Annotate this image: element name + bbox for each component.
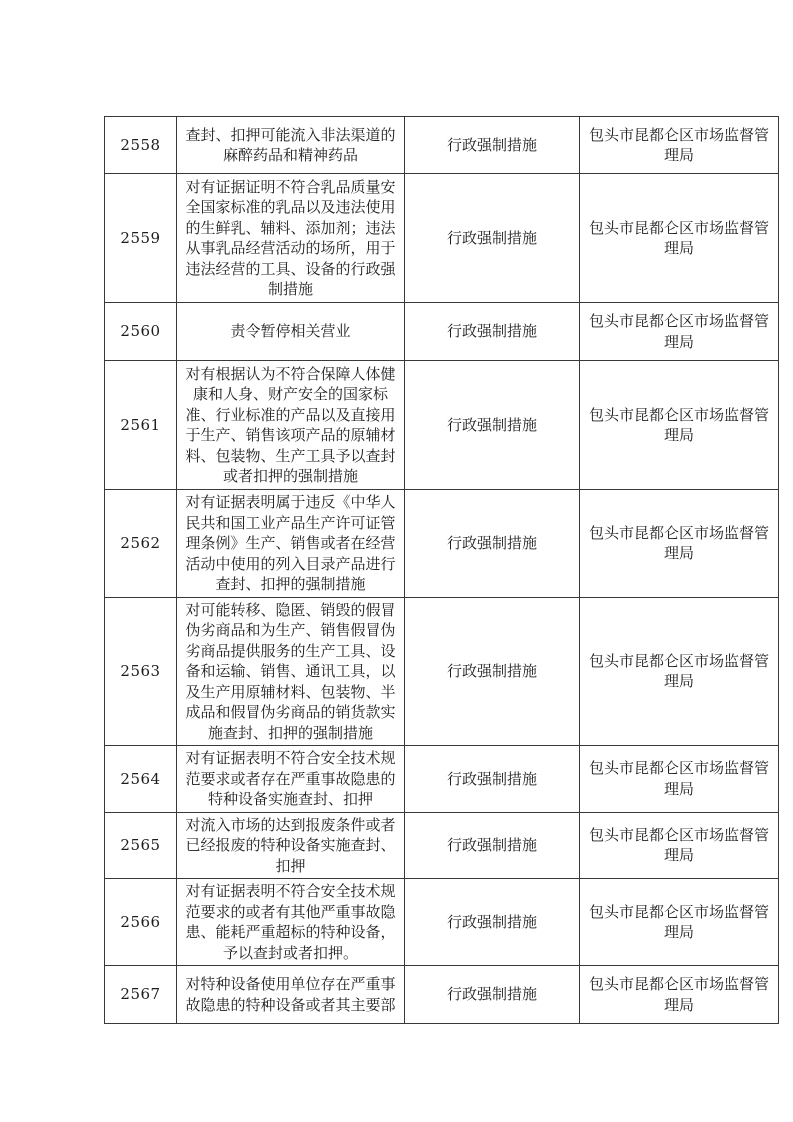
cell-measure-type: 行政强制措施 (405, 966, 580, 1024)
cell-row-number: 2566 (105, 879, 177, 966)
cell-measure-type: 行政强制措施 (405, 117, 580, 174)
cell-authority: 包头市昆都仑区市场监督管 理局 (580, 812, 779, 879)
cell-row-number: 2560 (105, 303, 177, 361)
cell-measure-type: 行政强制措施 (405, 812, 580, 879)
table-row: 2565 对流入市场的达到报废条件或者 已经报废的特种设备实施查封、 扣押 行政… (105, 812, 779, 879)
table-row: 2567 对特种设备使用单位存在严重事 故隐患的特种设备或者其主要部 行政强制措… (105, 966, 779, 1024)
table-row: 2563 对可能转移、隐匿、销毁的假冒 伪劣商品和为生产、销售假冒伪 劣商品提供… (105, 597, 779, 746)
cell-measure-description: 对有证据证明不符合乳品质量安 全国家标准的乳品以及违法使用 的生鲜乳、辅料、添加… (177, 174, 405, 303)
cell-measure-type: 行政强制措施 (405, 361, 580, 490)
cell-measure-description: 对特种设备使用单位存在严重事 故隐患的特种设备或者其主要部 (177, 966, 405, 1024)
cell-measure-description: 对可能转移、隐匿、销毁的假冒 伪劣商品和为生产、销售假冒伪 劣商品提供服务的生产… (177, 597, 405, 746)
cell-row-number: 2567 (105, 966, 177, 1024)
cell-row-number: 2558 (105, 117, 177, 174)
cell-row-number: 2563 (105, 597, 177, 746)
cell-measure-description: 对有证据表明属于违反《中华人 民共和国工业产品生产许可证管 理条例》生产、销售或… (177, 490, 405, 598)
cell-measure-description: 对有根据认为不符合保障人体健 康和人身、财产安全的国家标 准、行业标准的产品以及… (177, 361, 405, 490)
cell-row-number: 2564 (105, 746, 177, 813)
cell-authority: 包头市昆都仑区市场监督管 理局 (580, 879, 779, 966)
cell-measure-description: 对流入市场的达到报废条件或者 已经报废的特种设备实施查封、 扣押 (177, 812, 405, 879)
document-page: 2558 查封、扣押可能流入非法渠道的 麻醉药品和精神药品 行政强制措施 包头市… (0, 0, 793, 1122)
cell-measure-description: 查封、扣押可能流入非法渠道的 麻醉药品和精神药品 (177, 117, 405, 174)
cell-authority: 包头市昆都仑区市场监督管 理局 (580, 361, 779, 490)
cell-row-number: 2561 (105, 361, 177, 490)
cell-measure-description: 对有证据表明不符合安全技术规 范要求的或者有其他严重事故隐 患、能耗严重超标的特… (177, 879, 405, 966)
cell-measure-type: 行政强制措施 (405, 490, 580, 598)
cell-authority: 包头市昆都仑区市场监督管 理局 (580, 966, 779, 1024)
cell-row-number: 2559 (105, 174, 177, 303)
cell-authority: 包头市昆都仑区市场监督管 理局 (580, 746, 779, 813)
cell-measure-type: 行政强制措施 (405, 303, 580, 361)
cell-authority: 包头市昆都仑区市场监督管 理局 (580, 117, 779, 174)
cell-authority: 包头市昆都仑区市场监督管 理局 (580, 174, 779, 303)
table-row: 2561 对有根据认为不符合保障人体健 康和人身、财产安全的国家标 准、行业标准… (105, 361, 779, 490)
cell-measure-type: 行政强制措施 (405, 879, 580, 966)
cell-measure-description: 对有证据表明不符合安全技术规 范要求或者存在严重事故隐患的 特种设备实施查封、扣… (177, 746, 405, 813)
cell-measure-description: 责令暂停相关营业 (177, 303, 405, 361)
table-row: 2562 对有证据表明属于违反《中华人 民共和国工业产品生产许可证管 理条例》生… (105, 490, 779, 598)
table-row: 2559 对有证据证明不符合乳品质量安 全国家标准的乳品以及违法使用 的生鲜乳、… (105, 174, 779, 303)
table-body: 2558 查封、扣押可能流入非法渠道的 麻醉药品和精神药品 行政强制措施 包头市… (105, 117, 779, 1024)
cell-authority: 包头市昆都仑区市场监督管 理局 (580, 490, 779, 598)
cell-measure-type: 行政强制措施 (405, 174, 580, 303)
cell-authority: 包头市昆都仑区市场监督管 理局 (580, 597, 779, 746)
cell-measure-type: 行政强制措施 (405, 597, 580, 746)
table-row: 2558 查封、扣押可能流入非法渠道的 麻醉药品和精神药品 行政强制措施 包头市… (105, 117, 779, 174)
cell-row-number: 2565 (105, 812, 177, 879)
table-row: 2566 对有证据表明不符合安全技术规 范要求的或者有其他严重事故隐 患、能耗严… (105, 879, 779, 966)
table-row: 2564 对有证据表明不符合安全技术规 范要求或者存在严重事故隐患的 特种设备实… (105, 746, 779, 813)
cell-row-number: 2562 (105, 490, 177, 598)
cell-measure-type: 行政强制措施 (405, 746, 580, 813)
enforcement-measures-table: 2558 查封、扣押可能流入非法渠道的 麻醉药品和精神药品 行政强制措施 包头市… (104, 116, 779, 1024)
table-row: 2560 责令暂停相关营业 行政强制措施 包头市昆都仑区市场监督管 理局 (105, 303, 779, 361)
cell-authority: 包头市昆都仑区市场监督管 理局 (580, 303, 779, 361)
